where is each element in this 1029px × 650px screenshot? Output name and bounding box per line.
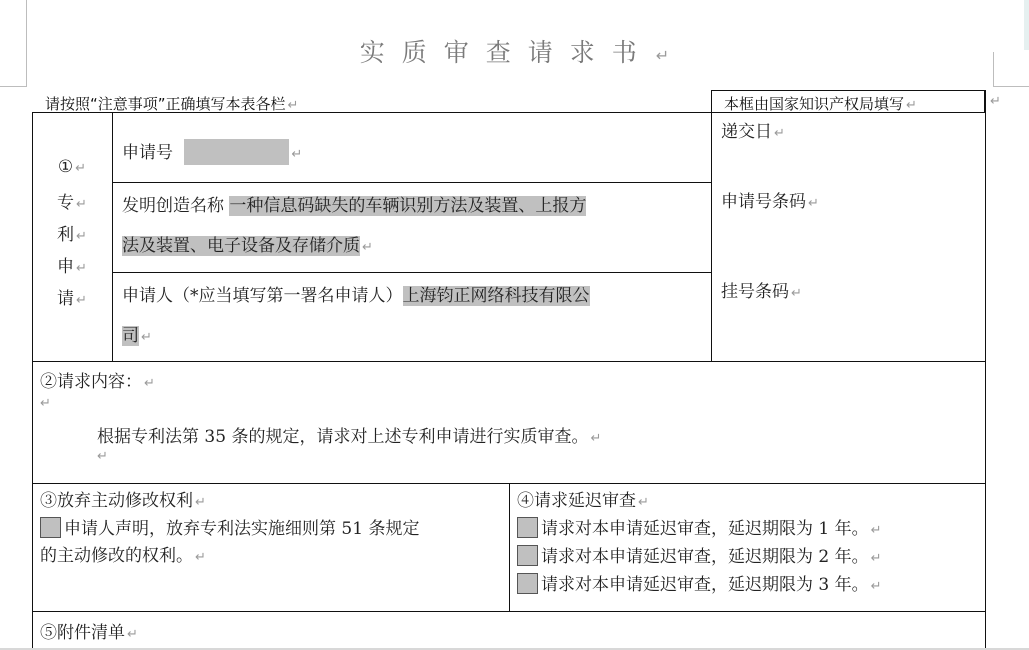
table-border-right [985,90,986,650]
section1-vertical-label: 专↵ 利↵ 申↵ 请↵ [32,188,112,316]
paragraph-mark-icon: ↵ [195,495,206,510]
instruction-label: 请按照“注意事项”正确填写本表各栏 [45,95,286,113]
application-number-label: 申请号 [122,143,173,163]
paragraph-mark-icon: ↵ [195,550,206,565]
column-divider-right [711,90,712,361]
paragraph-mark-icon: ↵ [75,161,86,176]
paragraph-mark-icon: ↵ [791,286,802,301]
invention-title-value[interactable]: 一种信息码缺失的车辆识别方法及装置、上报方 [229,196,586,216]
document-title: 实质审查请求书↵ [0,33,1029,69]
application-number-field[interactable] [184,139,289,165]
vertical-char: 专↵ [32,188,112,220]
table-border-top [32,112,986,113]
vertical-char: 申↵ [32,252,112,284]
registered-barcode-field: 挂号条码↵ [721,277,802,302]
section3-heading: ③放弃主动修改权利↵ [40,488,505,516]
delay-option-label: 请求对本申请延迟审查，延迟期限为 2 年。 [541,547,869,567]
paragraph-mark-icon: ↵ [906,98,917,113]
paragraph-mark-icon: ↵ [76,229,87,244]
application-barcode-field: 申请号条码↵ [721,187,819,212]
waive-amendment-checkbox[interactable] [40,517,61,538]
office-box-label: 本框由国家知识产权局填写 [724,95,904,113]
paragraph-mark-icon: ↵ [638,495,649,510]
paragraph-mark-icon: ↵ [76,197,87,212]
paragraph-mark-icon: ↵ [97,449,108,464]
delay-2-year-checkbox[interactable] [517,545,538,566]
delay-option-3: 请求对本申请延迟审查，延迟期限为 3 年。↵ [517,572,982,600]
section5-heading: ⑤附件清单↵ [40,618,138,643]
paragraph-mark-icon: ↵ [141,330,152,345]
section1-number-label: ① [58,157,73,177]
applicant-value[interactable]: 上海钧正网络科技有限公 [403,286,590,306]
paragraph-mark-icon: ↵ [871,551,882,566]
paragraph-mark-icon: ↵ [76,261,87,276]
paragraph-mark-icon: ↵ [40,396,51,411]
section2-body: 根据专利法第 35 条的规定，请求对上述专利申请进行实质审查。↵ [97,422,601,447]
section4: ④请求延迟审查↵ 请求对本申请延迟审查，延迟期限为 1 年。↵ 请求对本申请延迟… [517,488,982,600]
vertical-char: 请↵ [32,284,112,316]
paragraph-mark-icon: ↵ [127,627,138,642]
instruction-text: 请按照“注意事项”正确填写本表各栏↵ [45,93,298,114]
row-divider-2 [112,272,711,273]
waive-amendment-label: 申请人声明，放弃专利法实施细则第 51 条规定 [64,519,419,539]
delay-option-2: 请求对本申请延迟审查，延迟期限为 2 年。↵ [517,544,982,572]
section4-heading: ④请求延迟审查↵ [517,488,982,516]
paragraph-mark-icon: ↵ [871,579,882,594]
row-divider-1 [112,182,711,183]
waive-amendment-label-cont: 的主动修改的权利。 [40,546,193,566]
paragraph-mark-icon: ↵ [590,431,601,446]
applicant-value-cont[interactable]: 司 [122,326,139,346]
column-divider-left [112,112,113,361]
section-divider-5 [32,611,986,612]
paragraph-mark-icon: ↵ [291,147,302,162]
section3: ③放弃主动修改权利↵ 申请人声明，放弃专利法实施细则第 51 条规定 的主动修改… [40,488,505,571]
delay-option-1: 请求对本申请延迟审查，延迟期限为 1 年。↵ [517,516,982,544]
paragraph-mark-icon: ↵ [76,293,87,308]
section2-heading-text: ②请求内容： [40,372,142,392]
delay-1-year-checkbox[interactable] [517,517,538,538]
title-text: 实质审查请求书 [360,38,654,67]
section2-body-text: 根据专利法第 35 条的规定，请求对上述专利申请进行实质审查。 [97,427,588,447]
paragraph-mark-icon: ↵ [144,376,155,391]
applicant-row: 申请人（*应当填写第一署名申请人）上海钧正网络科技有限公 司↵ [122,276,707,358]
submission-date-label: 递交日 [721,122,772,142]
section5-heading-text: ⑤附件清单 [40,623,125,643]
paragraph-mark-icon: ↵ [871,523,882,538]
section-divider-2 [32,361,986,362]
delay-option-label: 请求对本申请延迟审查，延迟期限为 3 年。 [541,575,869,595]
delay-option-label: 请求对本申请延迟审查，延迟期限为 1 年。 [541,519,869,539]
paragraph-mark-icon: ↵ [288,98,299,113]
registered-barcode-label: 挂号条码 [721,282,789,302]
column-divider-sections-3-4 [509,483,510,611]
section2-heading: ②请求内容：↵ [40,367,155,392]
invention-title-row: 发明创造名称 一种信息码缺失的车辆识别方法及装置、上报方 法及装置、电子设备及存… [122,186,707,268]
application-barcode-label: 申请号条码 [721,192,806,212]
invention-title-value-cont[interactable]: 法及装置、电子设备及存储介质 [122,236,360,256]
paragraph-mark-icon: ↵ [990,94,1001,109]
paragraph-mark-icon: ↵ [808,196,819,211]
paragraph-mark-icon: ↵ [774,126,785,141]
applicant-label: 申请人（*应当填写第一署名申请人） [122,286,403,306]
invention-title-label: 发明创造名称 [122,196,224,216]
office-use-box-header: 本框由国家知识产权局填写↵ [711,90,985,112]
paragraph-mark-icon: ↵ [656,46,669,65]
submission-date-field: 递交日↵ [721,117,785,142]
application-number-row: 申请号 ↵ [122,138,302,165]
section1-number: ①↵ [32,157,112,177]
paragraph-mark-icon: ↵ [362,240,373,255]
vertical-char: 利↵ [32,220,112,252]
delay-3-year-checkbox[interactable] [517,573,538,594]
